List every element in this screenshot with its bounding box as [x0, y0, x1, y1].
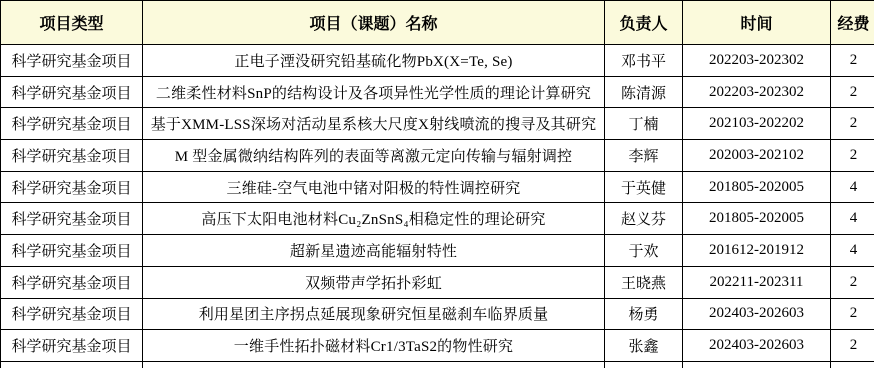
cell-period: 201612-201912	[683, 235, 831, 267]
cell-leader: 于欢	[605, 235, 683, 267]
cell-leader: 王晓燕	[605, 266, 683, 298]
table-body: 科学研究基金项目正电子湮没研究铅基硫化物PbX(X=Te, Se)邓书平2022…	[1, 45, 874, 368]
cell-leader: 杨勇	[605, 298, 683, 330]
cell-name: 一维手性拓扑磁材料Cr1/3TaS2的物性研究	[143, 330, 605, 362]
cell-period: 202211-202311	[683, 266, 831, 298]
cell-period: 202203-202302	[683, 76, 831, 108]
cell-period: 202103-202202	[683, 108, 831, 140]
cell-name: 利用星团主序拐点延展现象研究恒星磁刹车临界质量	[143, 298, 605, 330]
cell-type: 科学研究基金项目	[1, 108, 143, 140]
table-row: 科学研究基金项目基于XMM-LSS深场对活动星系核大尺度X射线喷流的搜寻及其研究…	[1, 108, 874, 140]
header-project-type: 项目类型	[1, 1, 143, 45]
cell-leader: 丁楠	[605, 108, 683, 140]
header-fund: 经费	[831, 1, 874, 45]
cell-fund: 2	[831, 330, 874, 362]
table-row: 科学研究基金项目双频带声学拓扑彩虹王晓燕202211-2023112	[1, 266, 874, 298]
cell-type: 科学研究基金项目	[1, 266, 143, 298]
cell-empty	[831, 361, 874, 368]
header-period: 时间	[683, 1, 831, 45]
cell-fund: 2	[831, 108, 874, 140]
cell-fund: 2	[831, 45, 874, 77]
cell-type: 科学研究基金项目	[1, 203, 143, 235]
cell-period: 202403-202603	[683, 330, 831, 362]
cell-empty	[683, 361, 831, 368]
project-table-screen: 项目类型 项目（课题）名称 负责人 时间 经费 科学研究基金项目正电子湮没研究铅…	[0, 0, 874, 368]
cell-name: 基于XMM-LSS深场对活动星系核大尺度X射线喷流的搜寻及其研究	[143, 108, 605, 140]
table-row: 科学研究基金项目二维柔性材料SnP的结构设计及各项异性光学性质的理论计算研究陈清…	[1, 76, 874, 108]
cell-name: 三维硅-空气电池中锗对阳极的特性调控研究	[143, 171, 605, 203]
cell-leader: 赵义芬	[605, 203, 683, 235]
cell-period: 202003-202102	[683, 140, 831, 172]
cell-type: 科学研究基金项目	[1, 171, 143, 203]
table-row: 科学研究基金项目一维手性拓扑磁材料Cr1/3TaS2的物性研究张鑫202403-…	[1, 330, 874, 362]
cell-leader: 陈清源	[605, 76, 683, 108]
table-row: 科学研究基金项目M 型金属微纳结构阵列的表面等离激元定向传输与辐射调控李辉202…	[1, 140, 874, 172]
cell-leader: 邓书平	[605, 45, 683, 77]
cell-type: 科学研究基金项目	[1, 45, 143, 77]
cell-name: 双频带声学拓扑彩虹	[143, 266, 605, 298]
table-header: 项目类型 项目（课题）名称 负责人 时间 经费	[1, 1, 874, 45]
cell-period: 202403-202603	[683, 298, 831, 330]
cell-type: 科学研究基金项目	[1, 140, 143, 172]
cell-name: 高压下太阳电池材料Cu₂ZnSnS₄相稳定性的理论研究	[143, 203, 605, 235]
cell-leader: 李辉	[605, 140, 683, 172]
cell-empty	[143, 361, 605, 368]
partial-table-row	[1, 361, 874, 368]
table-row: 科学研究基金项目利用星团主序拐点延展现象研究恒星磁刹车临界质量杨勇202403-…	[1, 298, 874, 330]
cell-fund: 4	[831, 235, 874, 267]
cell-empty	[605, 361, 683, 368]
cell-leader: 张鑫	[605, 330, 683, 362]
cell-period: 202203-202302	[683, 45, 831, 77]
project-funding-table: 项目类型 项目（课题）名称 负责人 时间 经费 科学研究基金项目正电子湮没研究铅…	[0, 0, 874, 368]
cell-leader: 于英健	[605, 171, 683, 203]
cell-empty	[1, 361, 143, 368]
header-row: 项目类型 项目（课题）名称 负责人 时间 经费	[1, 1, 874, 45]
cell-name: M 型金属微纳结构阵列的表面等离激元定向传输与辐射调控	[143, 140, 605, 172]
cell-type: 科学研究基金项目	[1, 76, 143, 108]
table-row: 科学研究基金项目三维硅-空气电池中锗对阳极的特性调控研究于英健201805-20…	[1, 171, 874, 203]
cell-name: 超新星遗迹高能辐射特性	[143, 235, 605, 267]
table-row: 科学研究基金项目正电子湮没研究铅基硫化物PbX(X=Te, Se)邓书平2022…	[1, 45, 874, 77]
cell-fund: 4	[831, 171, 874, 203]
cell-type: 科学研究基金项目	[1, 330, 143, 362]
cell-type: 科学研究基金项目	[1, 235, 143, 267]
header-leader: 负责人	[605, 1, 683, 45]
table-row: 科学研究基金项目超新星遗迹高能辐射特性于欢201612-2019124	[1, 235, 874, 267]
cell-name: 二维柔性材料SnP的结构设计及各项异性光学性质的理论计算研究	[143, 76, 605, 108]
cell-fund: 2	[831, 298, 874, 330]
cell-type: 科学研究基金项目	[1, 298, 143, 330]
cell-period: 201805-202005	[683, 203, 831, 235]
header-project-name: 项目（课题）名称	[143, 1, 605, 45]
cell-name: 正电子湮没研究铅基硫化物PbX(X=Te, Se)	[143, 45, 605, 77]
cell-fund: 4	[831, 203, 874, 235]
table-row: 科学研究基金项目高压下太阳电池材料Cu₂ZnSnS₄相稳定性的理论研究赵义芬20…	[1, 203, 874, 235]
cell-fund: 2	[831, 76, 874, 108]
cell-fund: 2	[831, 266, 874, 298]
cell-period: 201805-202005	[683, 171, 831, 203]
cell-fund: 2	[831, 140, 874, 172]
